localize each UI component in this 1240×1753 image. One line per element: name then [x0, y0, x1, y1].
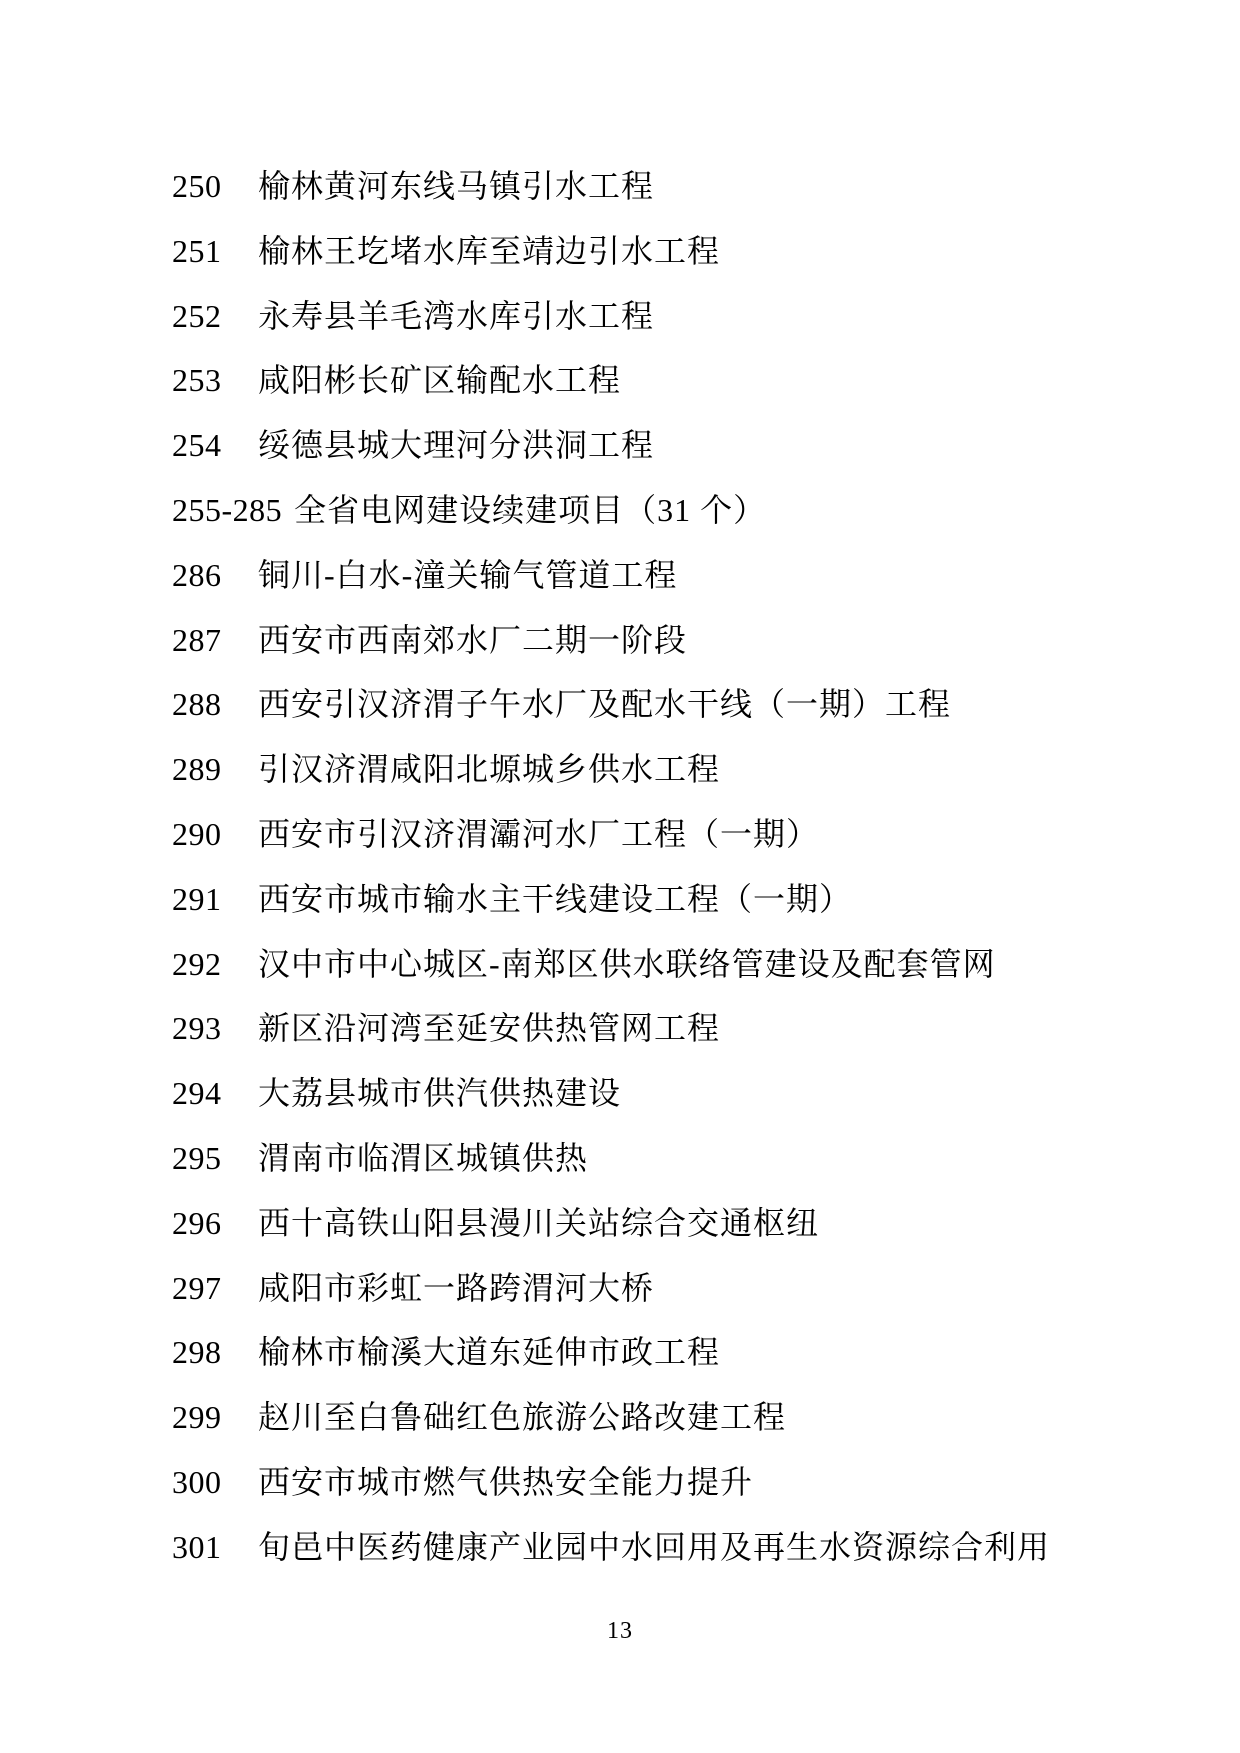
- item-number: 254: [172, 413, 258, 478]
- list-item: 291 西安市城市输水主干线建设工程（一期）: [172, 867, 1210, 932]
- list-item: 292 汉中市中心城区-南郑区供水联络管建设及配套管网: [172, 932, 1210, 997]
- list-item: 287 西安市西南郊水厂二期一阶段: [172, 608, 1210, 673]
- list-item: 289 引汉济渭咸阳北塬城乡供水工程: [172, 737, 1210, 802]
- list-item: 294 大荔县城市供汽供热建设: [172, 1061, 1210, 1126]
- item-number: 252: [172, 284, 258, 349]
- item-number: 301: [172, 1515, 258, 1580]
- item-number: 288: [172, 672, 258, 737]
- list-item: 295 渭南市临渭区城镇供热: [172, 1126, 1210, 1191]
- item-number: 255-285: [172, 478, 294, 543]
- list-item: 293 新区沿河湾至延安供热管网工程: [172, 996, 1210, 1061]
- list-item: 290 西安市引汉济渭灞河水厂工程（一期）: [172, 802, 1210, 867]
- list-item: 298 榆林市榆溪大道东延伸市政工程: [172, 1320, 1210, 1385]
- list-item: 297 咸阳市彩虹一路跨渭河大桥: [172, 1256, 1210, 1321]
- item-number: 300: [172, 1450, 258, 1515]
- item-number: 298: [172, 1320, 258, 1385]
- item-name: 咸阳彬长矿区输配水工程: [258, 348, 621, 413]
- list-item: 251 榆林王圪堵水库至靖边引水工程: [172, 219, 1210, 284]
- item-number: 286: [172, 543, 258, 608]
- item-name: 榆林王圪堵水库至靖边引水工程: [258, 219, 720, 284]
- item-number: 253: [172, 348, 258, 413]
- item-name: 榆林黄河东线马镇引水工程: [258, 154, 654, 219]
- item-number: 289: [172, 737, 258, 802]
- list-item: 254 绥德县城大理河分洪洞工程: [172, 413, 1210, 478]
- item-name: 赵川至白鲁础红色旅游公路改建工程: [258, 1385, 786, 1450]
- list-item: 252 永寿县羊毛湾水库引水工程: [172, 284, 1210, 349]
- page-number: 13: [0, 1618, 1240, 1645]
- item-number: 251: [172, 219, 258, 284]
- item-name: 西安市城市输水主干线建设工程（一期）: [258, 867, 852, 932]
- item-name: 新区沿河湾至延安供热管网工程: [258, 996, 720, 1061]
- item-name: 西十高铁山阳县漫川关站综合交通枢纽: [258, 1191, 819, 1256]
- list-item: 299 赵川至白鲁础红色旅游公路改建工程: [172, 1385, 1210, 1450]
- item-name: 全省电网建设续建项目（31 个）: [294, 478, 766, 543]
- list-item: 301 旬邑中医药健康产业园中水回用及再生水资源综合利用: [172, 1515, 1210, 1580]
- item-name: 旬邑中医药健康产业园中水回用及再生水资源综合利用: [258, 1515, 1050, 1580]
- item-number: 294: [172, 1061, 258, 1126]
- list-item: 255-285 全省电网建设续建项目（31 个）: [172, 478, 1210, 543]
- item-number: 295: [172, 1126, 258, 1191]
- item-number: 299: [172, 1385, 258, 1450]
- item-name: 咸阳市彩虹一路跨渭河大桥: [258, 1256, 654, 1321]
- item-name: 西安市城市燃气供热安全能力提升: [258, 1450, 753, 1515]
- list-item: 300 西安市城市燃气供热安全能力提升: [172, 1450, 1210, 1515]
- item-name: 引汉济渭咸阳北塬城乡供水工程: [258, 737, 720, 802]
- item-name: 西安市西南郊水厂二期一阶段: [258, 608, 687, 673]
- item-number: 292: [172, 932, 258, 997]
- item-number: 250: [172, 154, 258, 219]
- item-number: 297: [172, 1256, 258, 1321]
- item-name: 榆林市榆溪大道东延伸市政工程: [258, 1320, 720, 1385]
- list-item: 253 咸阳彬长矿区输配水工程: [172, 348, 1210, 413]
- item-name: 渭南市临渭区城镇供热: [258, 1126, 588, 1191]
- item-number: 290: [172, 802, 258, 867]
- item-name: 汉中市中心城区-南郑区供水联络管建设及配套管网: [258, 932, 996, 997]
- item-name: 大荔县城市供汽供热建设: [258, 1061, 621, 1126]
- item-number: 293: [172, 996, 258, 1061]
- item-number: 296: [172, 1191, 258, 1256]
- project-list: 250 榆林黄河东线马镇引水工程 251 榆林王圪堵水库至靖边引水工程 252 …: [172, 154, 1210, 1580]
- item-name: 绥德县城大理河分洪洞工程: [258, 413, 654, 478]
- list-item: 286 铜川-白水-潼关输气管道工程: [172, 543, 1210, 608]
- item-number: 287: [172, 608, 258, 673]
- list-item: 288 西安引汉济渭子午水厂及配水干线（一期）工程: [172, 672, 1210, 737]
- item-name: 西安引汉济渭子午水厂及配水干线（一期）工程: [258, 672, 951, 737]
- item-number: 291: [172, 867, 258, 932]
- list-item: 296 西十高铁山阳县漫川关站综合交通枢纽: [172, 1191, 1210, 1256]
- item-name: 西安市引汉济渭灞河水厂工程（一期）: [258, 802, 819, 867]
- list-item: 250 榆林黄河东线马镇引水工程: [172, 154, 1210, 219]
- document-page: 250 榆林黄河东线马镇引水工程 251 榆林王圪堵水库至靖边引水工程 252 …: [0, 0, 1240, 1753]
- item-name: 铜川-白水-潼关输气管道工程: [258, 543, 677, 608]
- item-name: 永寿县羊毛湾水库引水工程: [258, 284, 654, 349]
